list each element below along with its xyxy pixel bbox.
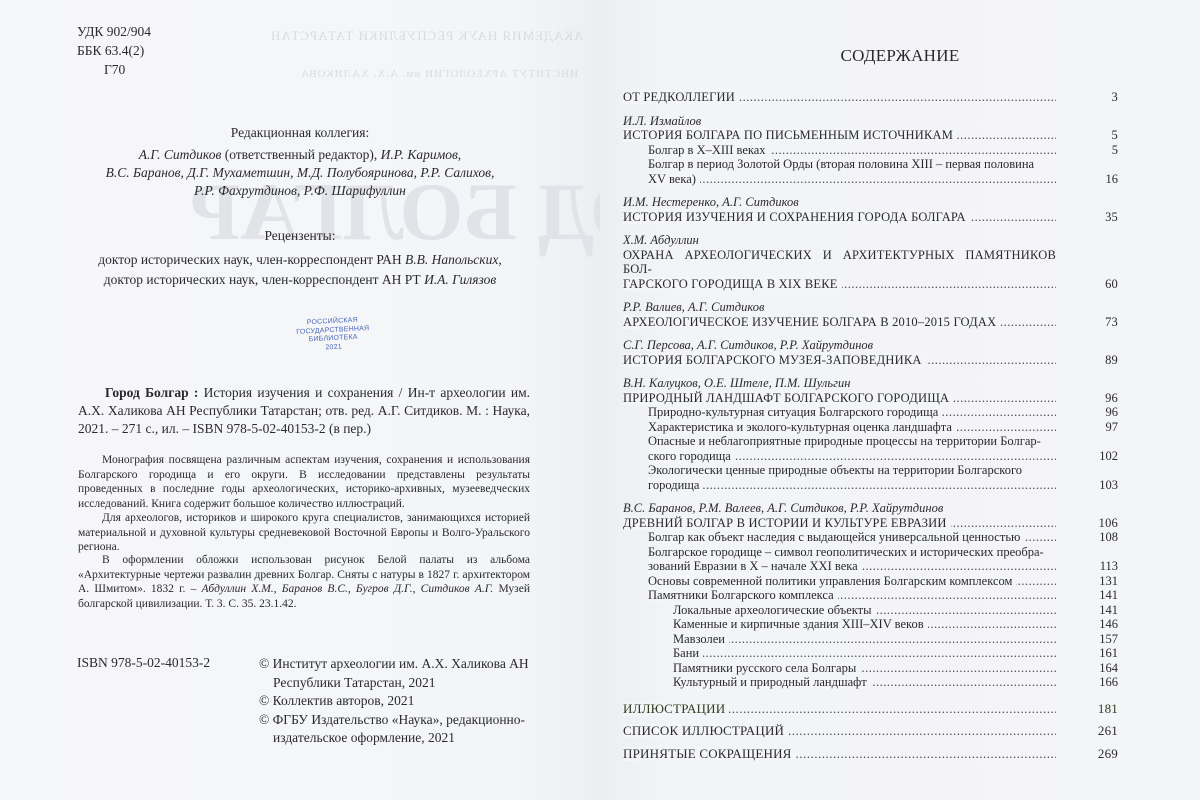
toc-entry[interactable]: АРХЕОЛОГИЧЕСКОЕ ИЗУЧЕНИЕ БОЛГАРА В 2010–…	[623, 315, 1118, 330]
toc-entry[interactable]: зований Евразии в X – начале XXI века113	[623, 559, 1118, 574]
toc-author: И.М. Нестеренко, А.Г. Ситдиков	[623, 195, 1118, 210]
toc-author: В.Н. Калуцков, О.Е. Штеле, П.М. Шульгин	[623, 376, 1118, 391]
book-title: Город Болгар :	[105, 385, 198, 400]
editorial-board-names: А.Г. Ситдиков (ответственный редактор), …	[0, 146, 600, 200]
toc-label: ИЛЛЮСТРАЦИИ	[623, 702, 729, 716]
toc-entry[interactable]: ИСТОРИЯ ИЗУЧЕНИЯ И СОХРАНЕНИЯ ГОРОДА БОЛ…	[623, 210, 1118, 225]
toc-label: Бани	[673, 646, 703, 660]
table-of-contents: ОТ РЕДКОЛЛЕГИИ3 И.Л. Измайлов ИСТОРИЯ БО…	[623, 90, 1118, 761]
toc-label: XV века)	[648, 172, 700, 186]
audience-paragraph: Для археологов, историков и широкого кру…	[78, 511, 530, 555]
toc-label: Памятники русского села Болгары	[673, 661, 860, 675]
abstract-paragraph: Монография посвящена различным аспектам …	[78, 453, 530, 511]
toc-label: ГАРСКОГО ГОРОДИЩА В XIX ВЕКЕ	[623, 277, 842, 291]
toc-page: 181	[1056, 702, 1118, 717]
toc-page: 97	[1056, 420, 1118, 435]
toc-page: 96	[1056, 405, 1118, 420]
classification-codes: УДК 902/904 ББК 63.4(2) Г70	[77, 22, 151, 79]
toc-label: Болгар в период Золотой Орды (вторая пол…	[648, 157, 1056, 172]
reviewers-title: Рецензенты:	[0, 228, 600, 244]
toc-label: ДРЕВНИЙ БОЛГАР В ИСТОРИИ И КУЛЬТУРЕ ЕВРА…	[623, 516, 951, 530]
toc-entry[interactable]: Природно-культурная ситуация Болгарского…	[623, 405, 1118, 420]
toc-label: Каменные и кирпичные здания XIII–XIV век…	[673, 617, 928, 631]
toc-author: И.Л. Измайлов	[623, 114, 1118, 129]
chief-editor: А.Г. Ситдиков	[139, 147, 222, 162]
toc-label: Локальные археологические объекты	[673, 603, 876, 617]
ghost-text: АКАДЕМИЯ НАУК РЕСПУБЛИКИ ТАТАРСТАН	[270, 28, 583, 44]
toc-page: 5	[1056, 143, 1118, 158]
toc-author: Х.М. Абдуллин	[623, 233, 1118, 248]
toc-entry-cont: Болгарское городище – символ геополитиче…	[623, 545, 1118, 560]
toc-label: городища	[648, 478, 703, 492]
toc-entry[interactable]: Бани161	[623, 646, 1118, 661]
toc-page: 141	[1056, 603, 1118, 618]
toc-entry[interactable]: Каменные и кирпичные здания XIII–XIV век…	[623, 617, 1118, 632]
toc-label: Опасные и неблагоприятные природные проц…	[648, 434, 1056, 449]
toc-page: 60	[1056, 277, 1118, 292]
isbn: ISBN 978-5-02-40153-2	[77, 655, 210, 671]
copyright-line: © Институт археологии им. А.Х. Халикова …	[259, 655, 573, 692]
toc-entry[interactable]: Основы современной политики управления Б…	[623, 574, 1118, 589]
cover-note: В оформлении обложки использован рисунок…	[78, 553, 530, 611]
reviewer-role: доктор исторических наук, член-корреспон…	[104, 272, 424, 287]
toc-entry[interactable]: ИСТОРИЯ БОЛГАРА ПО ПИСЬМЕННЫМ ИСТОЧНИКАМ…	[623, 128, 1118, 143]
toc-label: ПРИНЯТЫЕ СОКРАЩЕНИЯ	[623, 747, 796, 761]
toc-entry[interactable]: Мавзолеи157	[623, 632, 1118, 647]
toc-page: 131	[1056, 574, 1118, 589]
toc-entry[interactable]: Локальные археологические объекты141	[623, 603, 1118, 618]
toc-entry[interactable]: Памятники русского села Болгары164	[623, 661, 1118, 676]
library-stamp: РОССИЙСКАЯ ГОСУДАРСТВЕННАЯ БИБЛИОТЕКА 20…	[267, 315, 399, 356]
toc-page: 106	[1056, 516, 1118, 531]
toc-page: 113	[1056, 559, 1118, 574]
cover-note-authors: Абдуллин Х.М., Баранов В.С., Бугров Д.Г.…	[202, 583, 494, 595]
udk-code: УДК 902/904	[77, 22, 151, 41]
toc-page: 261	[1056, 724, 1118, 739]
toc-entry-cont: Экологически ценные природные объекты на…	[623, 463, 1118, 478]
toc-label: Основы современной политики управления Б…	[648, 574, 1016, 588]
toc-entry-illustrations[interactable]: ИЛЛЮСТРАЦИИ181	[623, 702, 1118, 717]
toc-entry-abbreviations[interactable]: ПРИНЯТЫЕ СОКРАЩЕНИЯ269	[623, 747, 1118, 762]
toc-page: 103	[1056, 478, 1118, 493]
toc-page: 3	[1056, 90, 1118, 105]
toc-page: 73	[1056, 315, 1118, 330]
toc-entry[interactable]: Болгар как объект наследия с выдающейся …	[623, 530, 1118, 545]
toc-label: Болгарское городище – символ геополитиче…	[648, 545, 1056, 560]
toc-entry[interactable]: городища103	[623, 478, 1118, 493]
toc-page: 146	[1056, 617, 1118, 632]
toc-entry[interactable]: Культурный и природный ландшафт166	[623, 675, 1118, 690]
toc-label: Экологически ценные природные объекты на…	[648, 463, 1056, 478]
bbk-code: ББК 63.4(2)	[77, 41, 151, 60]
toc-label: ИСТОРИЯ ИЗУЧЕНИЯ И СОХРАНЕНИЯ ГОРОДА БОЛ…	[623, 210, 970, 224]
toc-label: ИСТОРИЯ БОЛГАРСКОГО МУЗЕЯ-ЗАПОВЕДНИКА	[623, 353, 926, 367]
toc-label: Мавзолеи	[673, 632, 729, 646]
toc-page: 141	[1056, 588, 1118, 603]
board-members: Р.Р. Фахрутдинов, Р.Ф. Шарифуллин	[194, 183, 406, 198]
toc-page: 16	[1056, 172, 1118, 187]
toc-label: ОХРАНА АРХЕОЛОГИЧЕСКИХ И АРХИТЕКТУРНЫХ П…	[623, 248, 1056, 277]
imprint-page: АКАДЕМИЯ НАУК РЕСПУБЛИКИ ТАТАРСТАН ИНСТИ…	[0, 0, 600, 800]
toc-label: Болгар как объект наследия с выдающейся …	[648, 530, 1024, 544]
toc-author: С.Г. Персова, А.Г. Ситдиков, Р.Р. Хайрут…	[623, 338, 1118, 353]
toc-label: Характеристика и эколого-культурная оцен…	[648, 420, 956, 434]
toc-page: 89	[1056, 353, 1118, 368]
toc-page: 96	[1056, 391, 1118, 406]
toc-label: СПИСОК ИЛЛЮСТРАЦИЙ	[623, 724, 788, 738]
toc-entry-cont: ОХРАНА АРХЕОЛОГИЧЕСКИХ И АРХИТЕКТУРНЫХ П…	[623, 248, 1118, 277]
bibliographic-record: Город Болгар : История изучения и сохран…	[78, 384, 530, 438]
toc-entry[interactable]: Памятники Болгарского комплекса141	[623, 588, 1118, 603]
toc-page: 157	[1056, 632, 1118, 647]
toc-entry-cont: Болгар в период Золотой Орды (вторая пол…	[623, 157, 1118, 172]
ghost-text: ИНСТИТУТ АРХЕОЛОГИИ им. А.Х. ХАЛИКОВА	[300, 68, 578, 80]
toc-page: 108	[1056, 530, 1118, 545]
toc-label: ПРИРОДНЫЙ ЛАНДШАФТ БОЛГАРСКОГО ГОРОДИЩА	[623, 391, 953, 405]
toc-entry[interactable]: Болгар в X–XIII веках5	[623, 143, 1118, 158]
copyright-line: © Коллектив авторов, 2021	[259, 692, 573, 711]
copyright-notices: © Институт археологии им. А.Х. Халикова …	[259, 655, 573, 748]
toc-label: зований Евразии в X – начале XXI века	[648, 559, 862, 573]
reviewer-name: И.А. Гилязов	[424, 272, 496, 287]
editorial-board-title: Редакционная коллегия:	[0, 125, 600, 141]
toc-entry[interactable]: ИСТОРИЯ БОЛГАРСКОГО МУЗЕЯ-ЗАПОВЕДНИКА89	[623, 353, 1118, 368]
toc-entry[interactable]: ПРИРОДНЫЙ ЛАНДШАФТ БОЛГАРСКОГО ГОРОДИЩА9…	[623, 391, 1118, 406]
abstract: Монография посвящена различным аспектам …	[78, 453, 530, 555]
toc-author: В.С. Баранов, Р.М. Валеев, А.Г. Ситдиков…	[623, 501, 1118, 516]
toc-label: ИСТОРИЯ БОЛГАРА ПО ПИСЬМЕННЫМ ИСТОЧНИКАМ	[623, 128, 957, 142]
toc-label: ОТ РЕДКОЛЛЕГИИ	[623, 90, 739, 104]
board-members: В.С. Баранов, Д.Г. Мухаметшин, М.Д. Полу…	[106, 165, 495, 180]
toc-entry[interactable]: ского городища102	[623, 449, 1118, 464]
reviewers-list: доктор исторических наук, член-корреспон…	[0, 250, 600, 290]
toc-label: Памятники Болгарского комплекса	[648, 588, 838, 602]
chief-editor-role: (ответственный редактор),	[221, 147, 380, 162]
toc-entry[interactable]: ДРЕВНИЙ БОЛГАР В ИСТОРИИ И КУЛЬТУРЕ ЕВРА…	[623, 516, 1118, 531]
toc-page: 164	[1056, 661, 1118, 676]
toc-entry[interactable]: ОТ РЕДКОЛЛЕГИИ3	[623, 90, 1118, 105]
toc-label: Болгар в X–XIII веках	[648, 143, 770, 157]
toc-page: 5	[1056, 128, 1118, 143]
copyright-line: © ФГБУ Издательство «Наука», редакционно…	[259, 711, 573, 748]
toc-label: Культурный и природный ландшафт	[673, 675, 871, 689]
toc-page: 102	[1056, 449, 1118, 464]
toc-label: АРХЕОЛОГИЧЕСКОЕ ИЗУЧЕНИЕ БОЛГАРА В 2010–…	[623, 315, 1000, 329]
toc-entry-cont: Опасные и неблагоприятные природные проц…	[623, 434, 1118, 449]
author-mark: Г70	[77, 60, 151, 79]
toc-label: Природно-культурная ситуация Болгарского…	[648, 405, 942, 419]
toc-page: 166	[1056, 675, 1118, 690]
toc-entry[interactable]: XV века)16	[623, 172, 1118, 187]
toc-entry[interactable]: ГАРСКОГО ГОРОДИЩА В XIX ВЕКЕ60	[623, 277, 1118, 292]
toc-entry[interactable]: Характеристика и эколого-культурная оцен…	[623, 420, 1118, 435]
board-member: И.Р. Каримов,	[381, 147, 462, 162]
toc-page: 161	[1056, 646, 1118, 661]
toc-page: 35	[1056, 210, 1118, 225]
toc-entry-list-of-illustrations[interactable]: СПИСОК ИЛЛЮСТРАЦИЙ261	[623, 724, 1118, 739]
toc-label: ского городища	[648, 449, 735, 463]
reviewer-role: доктор исторических наук, член-корреспон…	[98, 252, 405, 267]
toc-page: 269	[1056, 747, 1118, 762]
toc-author: Р.Р. Валиев, А.Г. Ситдиков	[623, 300, 1118, 315]
reviewer-name: В.В. Напольских	[405, 252, 498, 267]
contents-title: СОДЕРЖАНИЕ	[600, 46, 1200, 66]
